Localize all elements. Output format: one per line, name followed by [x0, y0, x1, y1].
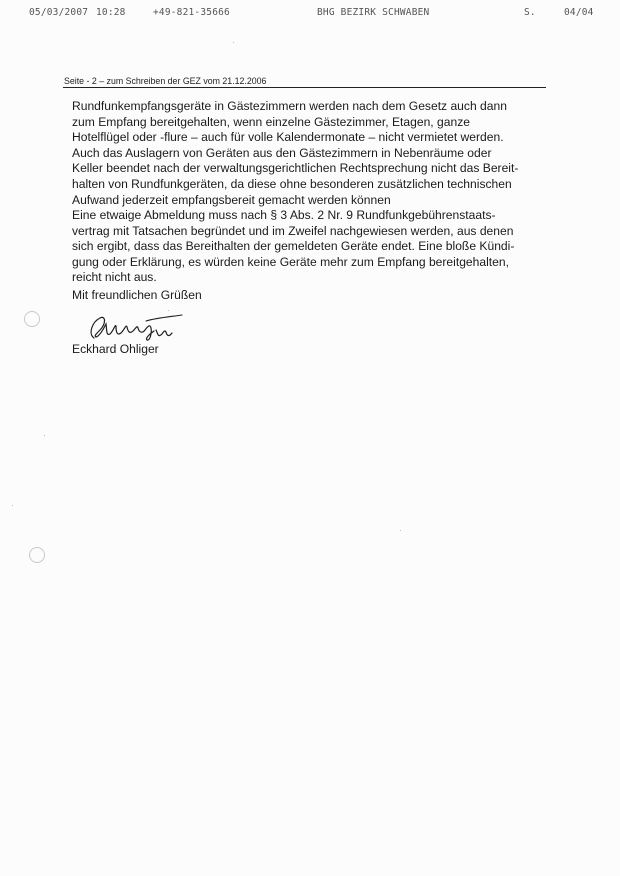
fax-time: 10:28 [96, 7, 126, 18]
fax-sender: BHG BEZIRK SCHWABEN [317, 7, 429, 18]
scan-speck [168, 310, 169, 311]
scan-speck [12, 505, 13, 506]
scan-speck [44, 435, 45, 436]
scan-speck [233, 42, 234, 43]
paragraph-line: Hotelflügel oder -flure – auch für volle… [72, 130, 552, 146]
paragraph-line: Keller beendet nach der verwaltungsgeric… [72, 161, 552, 177]
handwritten-signature [84, 312, 184, 344]
fax-date: 05/03/2007 [29, 7, 88, 18]
fax-page-number: 04/04 [564, 7, 594, 18]
paragraph-1: Rundfunkempfangsgeräte in Gästezimmern w… [72, 99, 552, 208]
paragraph-line: vertrag mit Tatsachen begründet und im Z… [72, 224, 552, 240]
closing-salutation: Mit freundlichen Grüßen [72, 288, 552, 304]
paragraph-line: Aufwand jederzeit empfangsbereit gemacht… [72, 193, 552, 209]
fax-page: 05/03/2007 10:28 +49-821-35666 BHG BEZIR… [0, 0, 620, 876]
fax-phone-number: +49-821-35666 [153, 7, 230, 18]
paragraph-line: sich ergibt, dass das Bereithalten der g… [72, 239, 552, 255]
page-heading-text: Seite - 2 – zum Schreiben der GEZ vom 21… [64, 76, 266, 86]
fax-page-label: S. [524, 7, 536, 18]
paragraph-line: Auch das Auslagern von Geräten aus den G… [72, 146, 552, 162]
paragraph-2: Eine etwaige Abmeldung muss nach § 3 Abs… [72, 208, 552, 286]
closing-text: Mit freundlichen Grüßen [72, 288, 552, 304]
paragraph-line: reicht nicht aus. [72, 270, 552, 286]
punch-hole-mark [29, 547, 45, 563]
paragraph-line: halten von Rundfunkgeräten, da diese ohn… [72, 177, 552, 193]
paragraph-line: Rundfunkempfangsgeräte in Gästezimmern w… [72, 99, 552, 115]
page-heading: Seite - 2 – zum Schreiben der GEZ vom 21… [63, 75, 546, 88]
signatory-name: Eckhard Ohliger [72, 342, 552, 358]
paragraph-line: zum Empfang bereitgehalten, wenn einzeln… [72, 115, 552, 131]
fax-transmission-header: 05/03/2007 10:28 +49-821-35666 BHG BEZIR… [0, 7, 620, 21]
scan-speck [400, 530, 401, 531]
punch-hole-mark [24, 311, 40, 327]
paragraph-line: Eine etwaige Abmeldung muss nach § 3 Abs… [72, 208, 552, 224]
signatory-name-text: Eckhard Ohliger [72, 342, 552, 358]
paragraph-line: gung oder Erklärung, es würden keine Ger… [72, 255, 552, 271]
